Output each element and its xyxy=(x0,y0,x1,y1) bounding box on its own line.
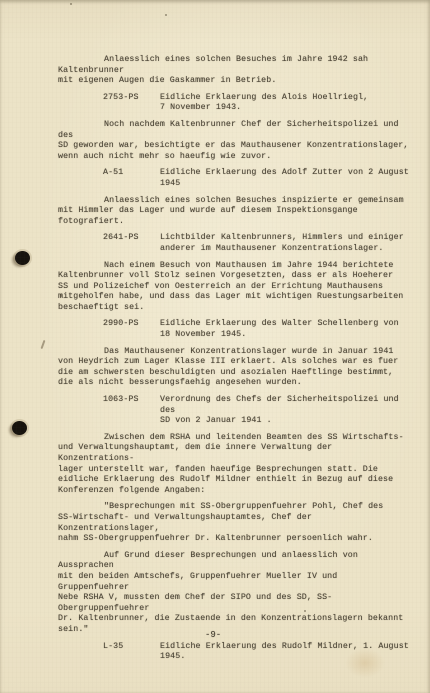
typewritten-text-column: Anlaesslich eines solchen Besuches im Ja… xyxy=(58,55,410,669)
citation-entry: 2990-PS Eidliche Erklaerung des Walter S… xyxy=(103,319,410,340)
citation-number: L-35 xyxy=(103,642,160,663)
pencil-mark xyxy=(41,340,46,349)
paper-speck xyxy=(70,3,72,5)
citation-text: Lichtbilder Kaltenbrunners, Himmlers und… xyxy=(160,233,404,254)
citation-number: 2641-PS xyxy=(103,233,160,254)
citation-entry: 2753-PS Eidliche Erklaerung des Alois Ho… xyxy=(103,93,410,114)
paragraph: Anlaesslich eines solchen Besuches inspi… xyxy=(58,196,410,228)
citation-entry: 2641-PS Lichtbilder Kaltenbrunners, Himm… xyxy=(103,233,410,254)
document-page: Anlaesslich eines solchen Besuches im Ja… xyxy=(0,0,430,693)
citation-number: A-51 xyxy=(103,168,160,189)
citation-entry: A-51 Eidliche Erklaerung des Adolf Zutte… xyxy=(103,168,410,189)
punch-hole-top xyxy=(15,251,30,265)
citation-number: 1063-PS xyxy=(103,395,160,427)
paragraph: Das Mauthausener Konzentrationslager wur… xyxy=(58,347,410,389)
citation-number: 2990-PS xyxy=(103,319,160,340)
quoted-paragraph: "Besprechungen mit SS-Obergruppenfuehrer… xyxy=(58,502,410,544)
page-number: -9- xyxy=(205,630,221,640)
citation-text: Eidliche Erklaerung des Walter Schellenb… xyxy=(160,319,399,340)
citation-text: Verordnung des Chefs der Sicherheitspoli… xyxy=(160,395,410,427)
punch-hole-bottom xyxy=(12,421,27,435)
paragraph: Noch nachdem Kaltenbrunner Chef der Sich… xyxy=(58,120,410,162)
paragraph: Anlaesslich eines solchen Besuches im Ja… xyxy=(58,55,410,87)
paragraph: Nach einem Besuch von Mauthausen im Jahr… xyxy=(58,261,410,314)
citation-text: Eidliche Erklaerung des Adolf Zutter von… xyxy=(160,168,410,189)
citation-number: 2753-PS xyxy=(103,93,160,114)
citation-entry: L-35 Eidliche Erklaerung des Rudolf Mild… xyxy=(103,642,410,663)
paragraph: Zwischen dem RSHA und leitenden Beamten … xyxy=(58,433,410,497)
citation-text: Eidliche Erklaerung des Alois Hoellriegl… xyxy=(160,93,368,114)
paragraph: Auf Grund dieser Besprechungen und anlae… xyxy=(58,551,410,636)
paper-speck xyxy=(165,14,167,16)
citation-entry: 1063-PS Verordnung des Chefs der Sicherh… xyxy=(103,395,410,427)
citation-text: Eidliche Erklaerung des Rudolf Mildner, … xyxy=(160,642,409,663)
